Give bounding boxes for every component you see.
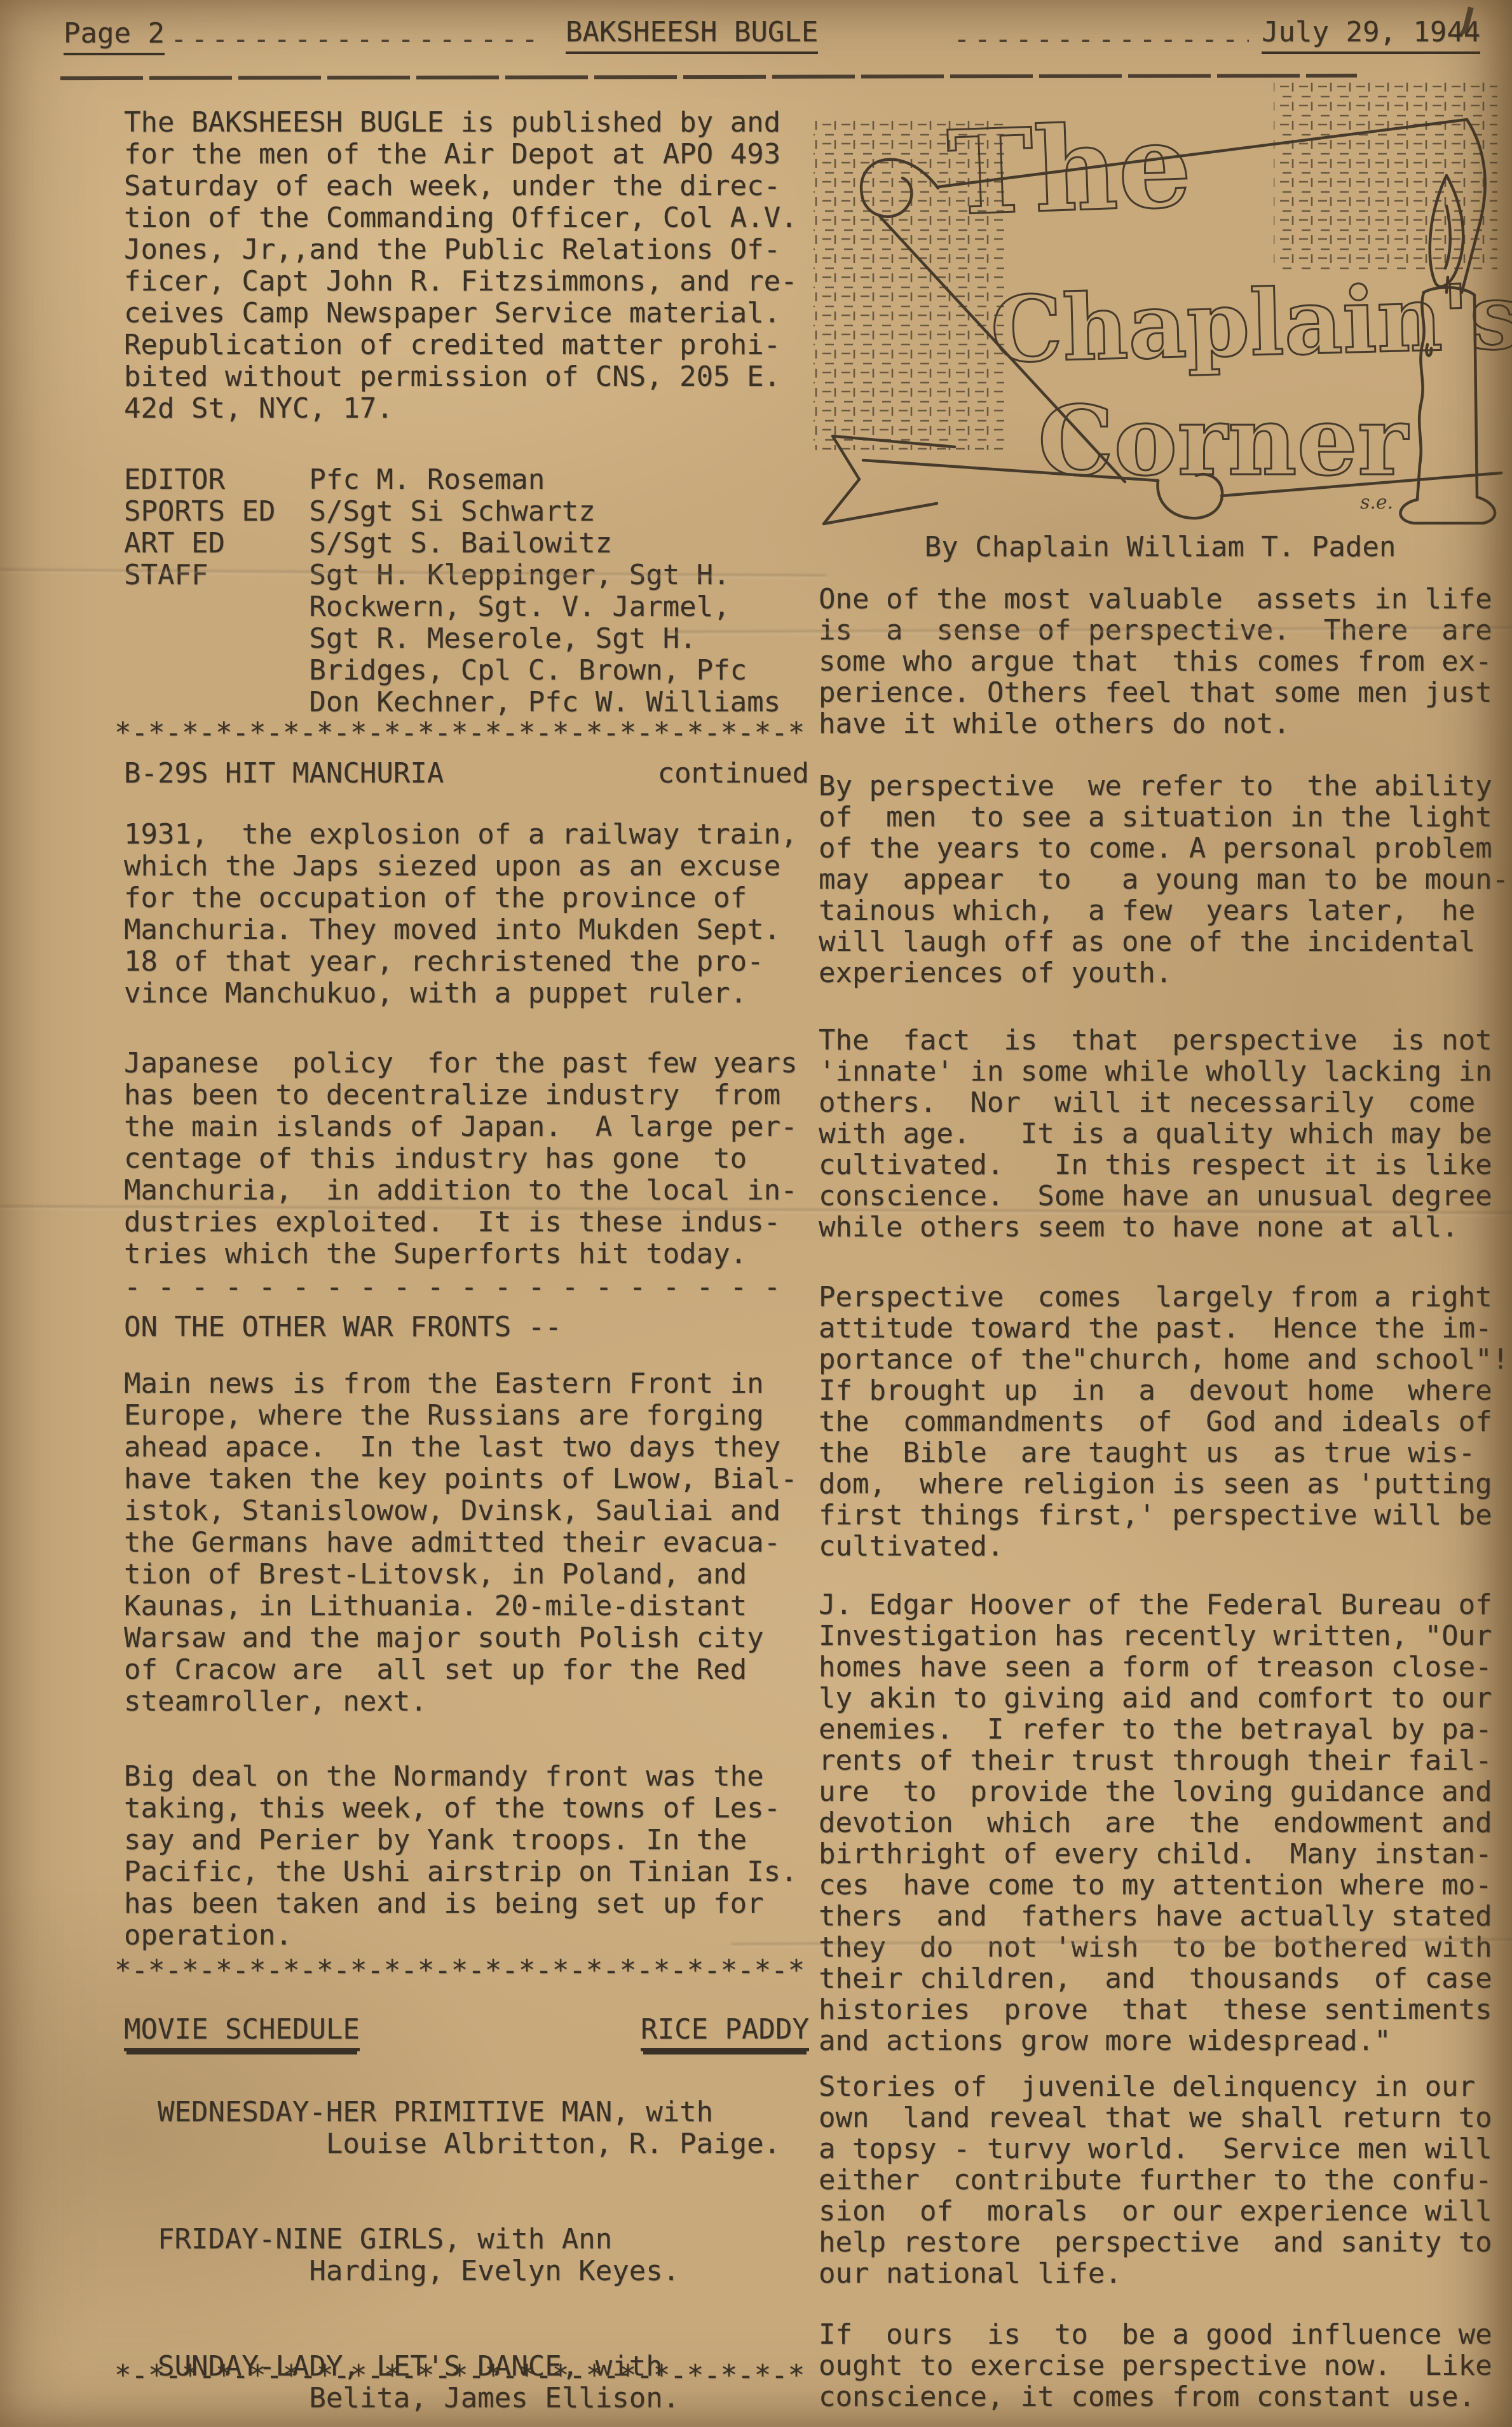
- chaplain-paragraph-5: J. Edgar Hoover of the Federal Bureau of…: [819, 1589, 1492, 2056]
- chaplain-paragraph-4: Perspective comes largely from a right a…: [819, 1282, 1509, 1562]
- war-fronts-paragraph-1: Main news is from the Eastern Front in E…: [124, 1368, 798, 1718]
- masthead-title-corner: Corner: [1038, 385, 1409, 497]
- movie-schedule-heading: MOVIE SCHEDULE: [124, 2014, 360, 2051]
- separator-row-top: *-*-*-*-*-*-*-*-*-*-*-*-*-*-*-*-*-*-*-*-…: [114, 717, 805, 749]
- header-dash-fill-left: ----------------------------------------…: [170, 23, 545, 55]
- war-fronts-paragraph-2: Big deal on the Normandy front was the t…: [124, 1761, 798, 1952]
- b29-continued-label: continued: [658, 758, 809, 790]
- staff-list: EDITOR Pfc M. Roseman SPORTS ED S/Sgt Si…: [124, 464, 780, 718]
- chaplain-paragraph-7: If ours is to be a good influence we oug…: [819, 2319, 1492, 2412]
- b29-heading: B-29S HIT MANCHURIA: [124, 758, 444, 790]
- separator-row-bottom: *-*-*-*-*-*-*-*-*-*-*-*-*-*-*-*-*-*-*-*-…: [114, 2360, 805, 2391]
- masthead-title-the: The: [945, 97, 1194, 241]
- chaplains-corner-masthead-art: The Chaplain's Corner s.e.: [802, 81, 1512, 530]
- b29-paragraph-2: Japanese policy for the past few years h…: [124, 1048, 798, 1270]
- chaplain-paragraph-1: One of the most valuable assets in life …: [819, 584, 1492, 739]
- rice-paddy-heading: RICE PADDY: [641, 2014, 809, 2051]
- newspaper-title: BAKSHEESH BUGLE: [566, 17, 818, 54]
- dashed-separator: - - - - - - - - - - - - - - - - - - - -: [124, 1271, 780, 1303]
- masthead-title-chaplains: Chaplain's: [990, 264, 1512, 383]
- war-fronts-heading: ON THE OTHER WAR FRONTS --: [124, 1311, 562, 1343]
- artist-signature: s.e.: [1360, 491, 1393, 514]
- newspaper-page: ----------------------------------------…: [0, 0, 1512, 2427]
- chaplain-byline: By Chaplain William T. Paden: [819, 531, 1502, 563]
- chaplain-paragraph-2: By perspective we refer to the ability o…: [819, 770, 1509, 988]
- header-dash-fill-right: ----------------------------------------…: [953, 23, 1249, 55]
- b29-heading-row: B-29S HIT MANCHURIA continued: [124, 758, 809, 790]
- masthead-text: The BAKSHEESH BUGLE is published by and …: [124, 107, 798, 425]
- movie-heading-row: MOVIE SCHEDULE RICE PADDY: [124, 2014, 809, 2051]
- chaplain-paragraph-3: The fact is that perspective is not 'inn…: [819, 1025, 1492, 1243]
- separator-row-middle: *-*-*-*-*-*-*-*-*-*-*-*-*-*-*-*-*-*-*-*-…: [114, 1955, 805, 1986]
- header-rule: [60, 74, 1357, 80]
- b29-paragraph-1: 1931, the explosion of a railway train, …: [124, 819, 798, 1009]
- page-number-label: Page 2: [64, 18, 165, 55]
- chaplain-paragraph-6: Stories of juvenile delinquency in our o…: [819, 2071, 1492, 2289]
